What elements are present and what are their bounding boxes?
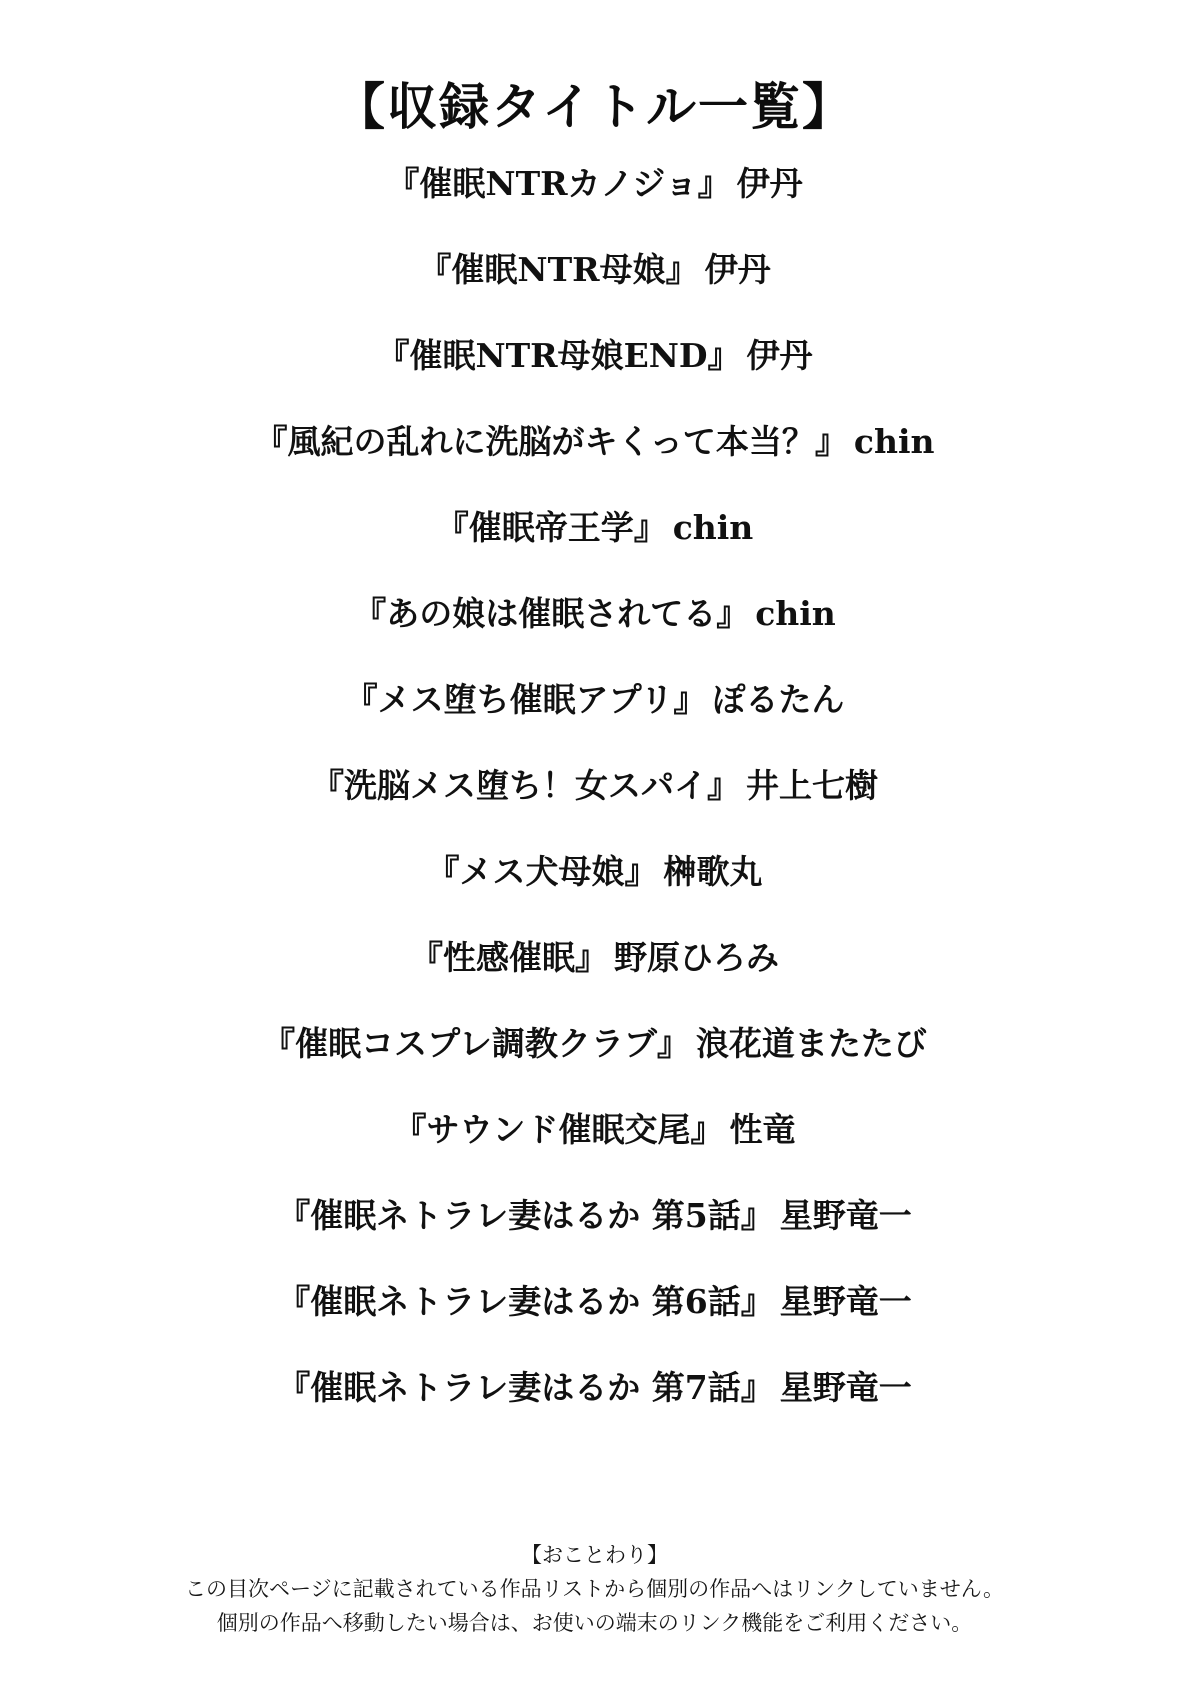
author-name: 星野竜一	[780, 1368, 912, 1407]
work-title: 『風紀の乱れに洗脳がキくって本当？』	[255, 422, 848, 461]
toc-entry: 『性感催眠』野原ひろみ	[0, 936, 1189, 980]
toc-entry: 『メス堕ち催眠アプリ』ぽるたん	[0, 678, 1189, 722]
work-title: 『サウンド催眠交尾』	[394, 1110, 724, 1149]
work-title: 『性感催眠』	[410, 938, 608, 977]
author-name: ぽるたん	[712, 680, 844, 719]
toc-entry: 『あの娘は催眠されてる』chin	[0, 592, 1189, 636]
author-name: 伊丹	[705, 250, 771, 289]
work-title: 『催眠ネトラレ妻はるか 第7話』	[277, 1368, 773, 1407]
work-title: 『催眠NTRカノジョ』	[386, 164, 730, 203]
toc-entry: 『催眠帝王学』chin	[0, 506, 1189, 550]
author-name: 浪花道またたび	[696, 1024, 927, 1063]
toc-entry: 『催眠コスプレ調教クラブ』浪花道またたび	[0, 1022, 1189, 1066]
author-name: 星野竜一	[780, 1196, 912, 1235]
author-name: 性竜	[730, 1110, 796, 1149]
work-title: 『催眠ネトラレ妻はるか 第5話』	[277, 1196, 773, 1235]
notice-heading: 【おことわり】	[0, 1538, 1189, 1572]
toc-entry: 『サウンド催眠交尾』性竜	[0, 1108, 1189, 1152]
toc-entry: 『催眠NTR母娘』伊丹	[0, 248, 1189, 292]
author-name: 星野竜一	[780, 1282, 912, 1321]
notice-line-1: この目次ページに記載されている作品リストから個別の作品へはリンクしていません。	[0, 1572, 1189, 1606]
work-title: 『洗脳メス堕ち！女スパイ』	[311, 766, 740, 805]
toc-entry: 『催眠ネトラレ妻はるか 第7話』星野竜一	[0, 1366, 1189, 1410]
toc-entry: 『催眠NTRカノジョ』伊丹	[0, 162, 1189, 206]
author-name: chin	[854, 422, 935, 461]
page-title: 【収録タイトル一覧】	[0, 72, 1189, 142]
toc-entry: 『メス犬母娘』榊歌丸	[0, 850, 1189, 894]
toc-entry: 『催眠ネトラレ妻はるか 第6話』星野竜一	[0, 1280, 1189, 1324]
work-title: 『催眠コスプレ調教クラブ』	[262, 1024, 690, 1063]
work-title: 『催眠NTR母娘END』	[376, 336, 740, 375]
author-name: 伊丹	[747, 336, 813, 375]
toc-entry: 『催眠ネトラレ妻はるか 第5話』星野竜一	[0, 1194, 1189, 1238]
toc-entry: 『催眠NTR母娘END』伊丹	[0, 334, 1189, 378]
author-name: chin	[755, 594, 836, 633]
author-name: 井上七樹	[746, 766, 878, 805]
notice-line-2: 個別の作品へ移動したい場合は、お使いの端末のリンク機能をご利用ください。	[0, 1606, 1189, 1640]
work-title: 『催眠ネトラレ妻はるか 第6話』	[277, 1282, 773, 1321]
author-name: 野原ひろみ	[614, 938, 779, 977]
author-name: 伊丹	[737, 164, 803, 203]
author-name: 榊歌丸	[664, 852, 763, 891]
work-title: 『あの娘は催眠されてる』	[353, 594, 749, 633]
work-title: 『メス堕ち催眠アプリ』	[345, 680, 707, 719]
table-of-contents-page: 【収録タイトル一覧】 『催眠NTRカノジョ』伊丹 『催眠NTR母娘』伊丹 『催眠…	[0, 0, 1189, 1687]
author-name: chin	[673, 508, 754, 547]
toc-entry: 『洗脳メス堕ち！女スパイ』井上七樹	[0, 764, 1189, 808]
work-title: 『催眠NTR母娘』	[418, 250, 698, 289]
work-title: 『メス犬母娘』	[427, 852, 658, 891]
work-title: 『催眠帝王学』	[436, 508, 667, 547]
toc-entry: 『風紀の乱れに洗脳がキくって本当？』chin	[0, 420, 1189, 464]
